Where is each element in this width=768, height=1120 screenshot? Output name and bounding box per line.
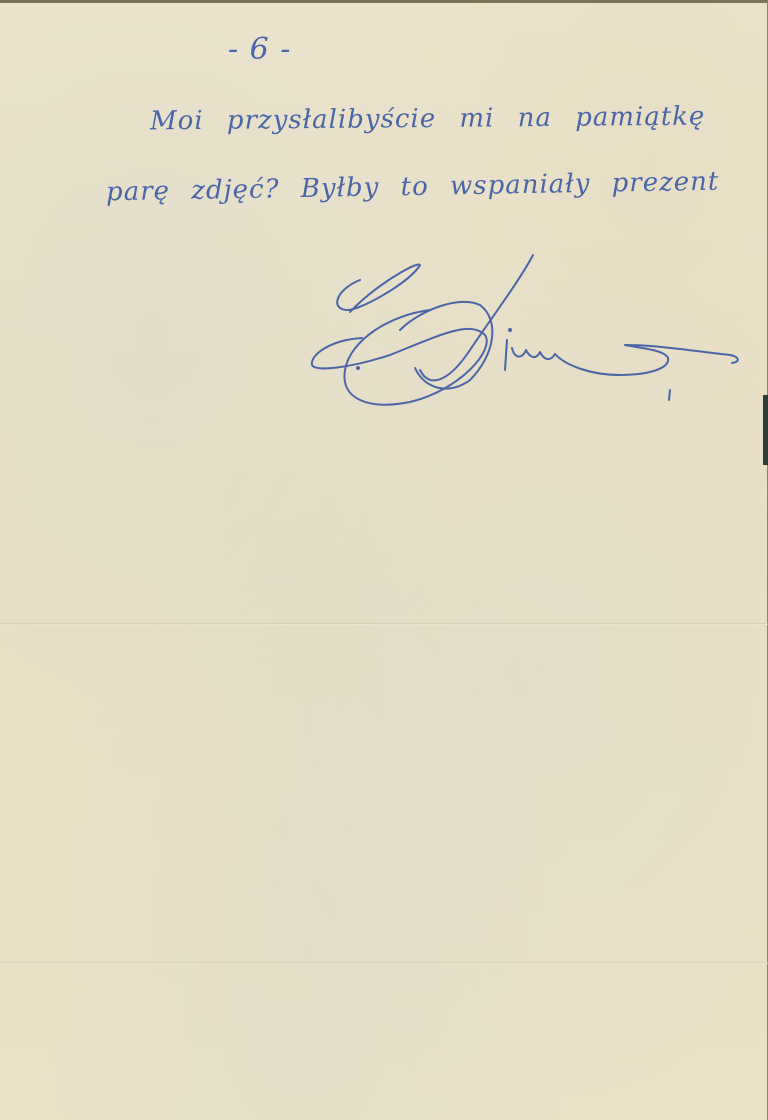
letter-page: - 6 - Moi przysłalibyście mi na pamiątkę… <box>0 0 768 1120</box>
signature-icon <box>300 240 760 420</box>
scan-edge-top <box>0 0 768 3</box>
signature <box>300 240 760 420</box>
scan-edge-shadow <box>763 395 768 465</box>
page-number: - 6 - <box>228 32 291 67</box>
text-line: parę zdjęć? Byłby to wspaniały prezent <box>106 167 720 208</box>
text-line: Moi przysłalibyście mi na pamiątkę <box>150 102 706 137</box>
fold-line <box>0 623 768 625</box>
fold-line <box>0 962 768 964</box>
